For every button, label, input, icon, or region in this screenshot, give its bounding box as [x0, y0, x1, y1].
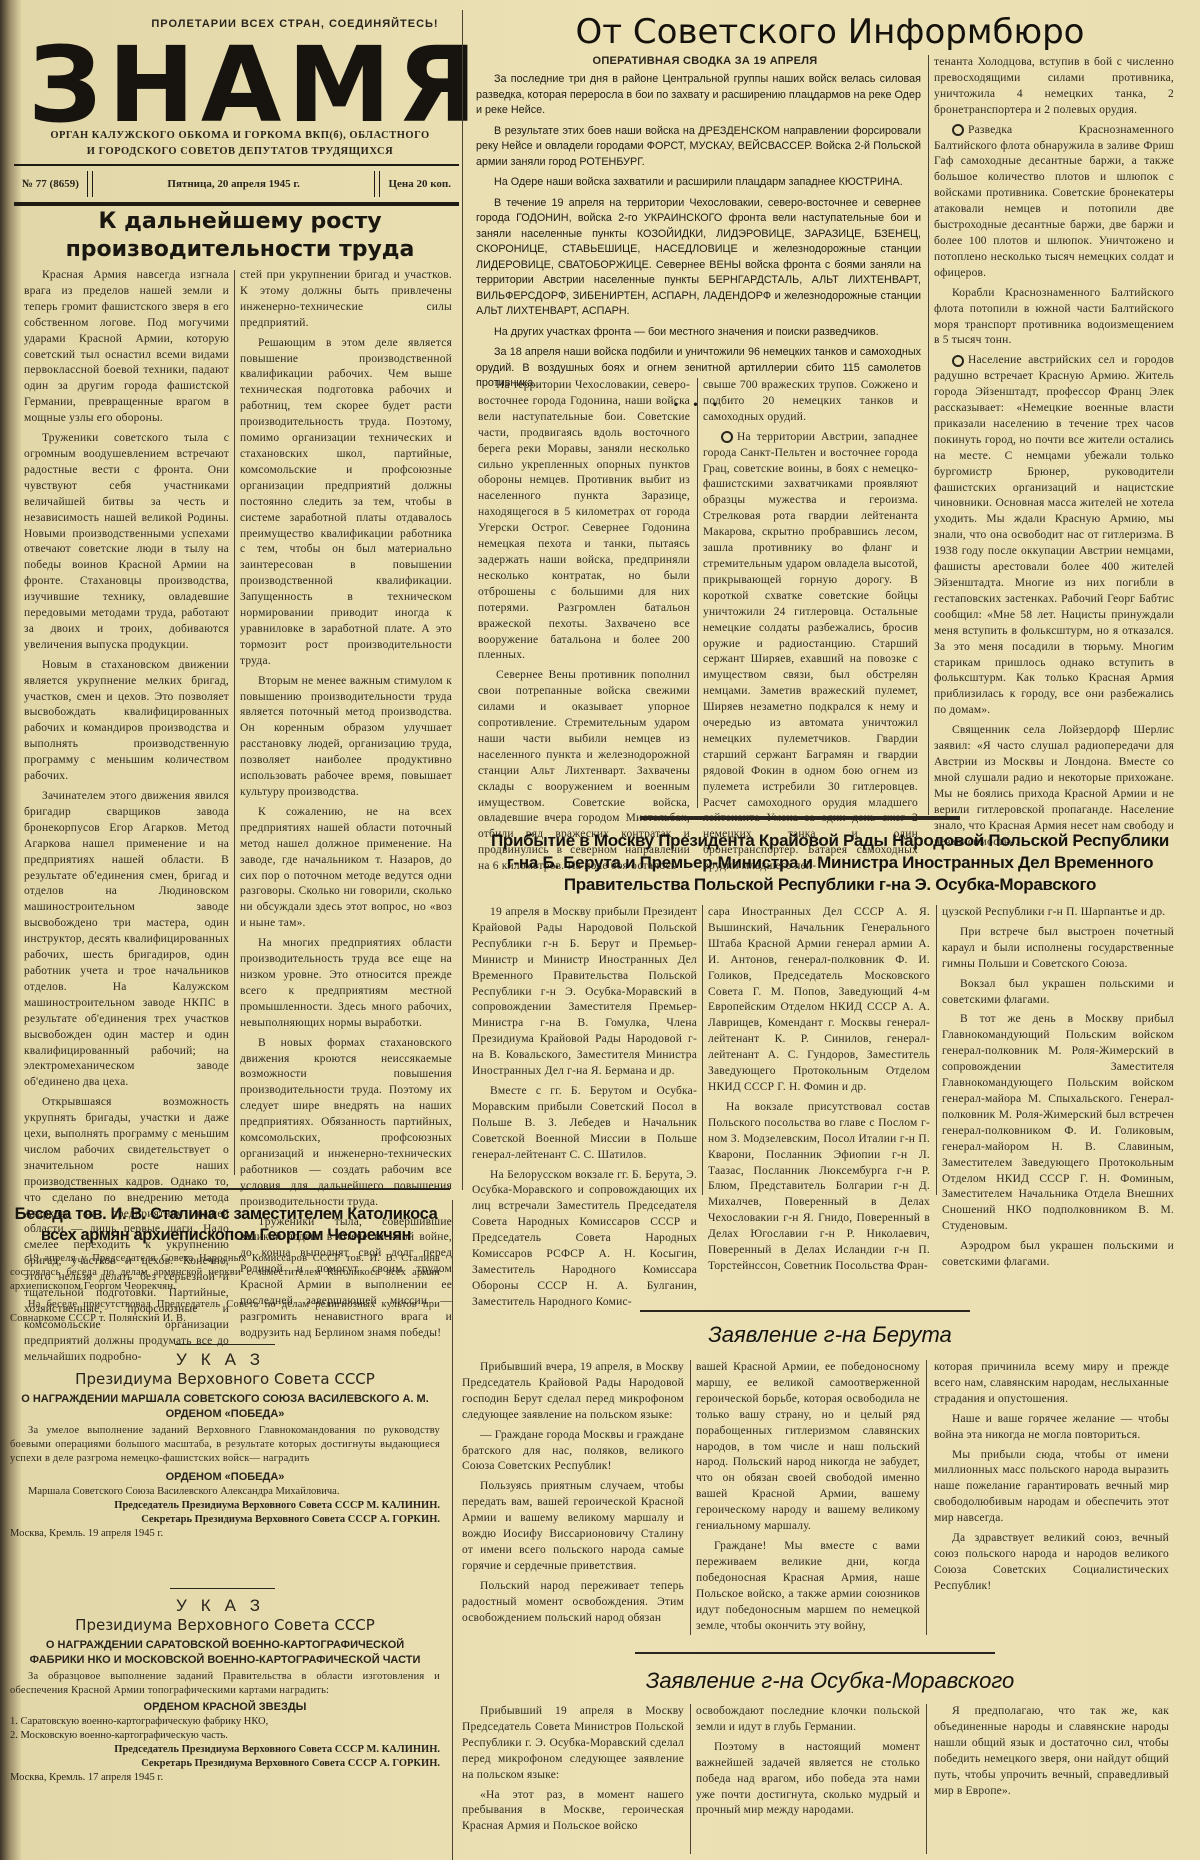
paragraph: Польский народ переживает теперь радостн… [462, 1579, 684, 1627]
paragraph-text: На территории Австрии, западнее города С… [703, 431, 918, 872]
paragraph: 19 апреля у Председателя Совета Народных… [10, 1252, 440, 1294]
paragraph: стей при укрупнении бригад и участков. К… [240, 268, 452, 332]
title-line: всех армян архиепископом Георгом Чеорекч… [6, 1225, 446, 1246]
paragraph: На многих предприятиях области производи… [240, 936, 452, 1031]
column-rule [697, 378, 698, 808]
paragraph: В новых формах стахановского движения кр… [240, 1036, 452, 1211]
paragraph: В тот же день в Москву прибыл Главнокома… [942, 1012, 1174, 1235]
paragraph: За последние три дня в районе Центрально… [476, 72, 921, 119]
column-rule [926, 1360, 927, 1635]
section-divider [175, 1344, 275, 1345]
paragraph: тенанта Холодцова, вступив в бой с числе… [934, 55, 1174, 119]
ukaz-subject: О НАГРАЖДЕНИИ МАРШАЛА СОВЕТСКОГО СОЮЗА В… [10, 1392, 440, 1407]
paragraph: Да здравствует великий союз, вечный союз… [934, 1531, 1169, 1595]
issue-date: Пятница, 20 апреля 1945 г. [93, 178, 375, 190]
paragraph: При встрече был выстроен почетный караул… [942, 925, 1174, 973]
paragraph: К сожалению, не на всех предприятиях наш… [240, 805, 452, 932]
paragraph: На вокзале присутствовал состав Польског… [708, 1100, 930, 1275]
paragraph: На беседе присутствовал Председатель Сов… [10, 1298, 440, 1326]
sovinform-col-1: На территории Чехословакии, северо-восто… [478, 378, 690, 879]
sovinform-col-3: тенанта Холодцова, вступив в бой с числе… [934, 55, 1174, 854]
ukaz-heading: УКАЗ [10, 1350, 440, 1370]
arrival-col-2: сара Иностранных Дел СССР А. Я. Вышински… [708, 905, 930, 1279]
issue-info-bar: № 77 (8659) Пятница, 20 апреля 1945 г. Ц… [14, 164, 459, 206]
paragraph: Зачинателем этого движения явился бригад… [24, 789, 229, 1091]
paragraph: освобождают последние клочки польской зе… [696, 1704, 920, 1736]
paragraph: На других участках фронта — бои местного… [476, 325, 921, 341]
paragraph: Прибывший 19 апреля в Москву Председател… [462, 1704, 684, 1784]
column-rule [690, 1360, 691, 1635]
paragraph: вашей Красной Армии, ее победоносному ма… [696, 1360, 920, 1535]
section-divider [40, 1188, 450, 1190]
title-line: Прибытие в Москву Президента Крайовой Ра… [470, 830, 1190, 852]
paragraph: На Белорусском вокзале гг. Б. Берута, Э.… [472, 1168, 697, 1311]
title-line: Правительства Польской Республики г-на Э… [470, 874, 1190, 896]
osubka-col-1: Прибывший 19 апреля в Москву Председател… [462, 1704, 684, 1839]
lead-article-col-2: стей при укрупнении бригад и участков. К… [240, 268, 452, 1346]
column-rule [234, 270, 235, 1175]
ukaz-item: 2. Московскую военно-картографическую ча… [10, 1729, 440, 1743]
newspaper-page: ПРОЛЕТАРИИ ВСЕХ СТРАН, СОЕДИНЯЙТЕСЬ! ЗНА… [0, 0, 1200, 1860]
paragraph: которая причинила всему миру и прежде вс… [934, 1360, 1169, 1408]
ukaz-text: За умелое выполнение заданий Верховного … [10, 1424, 440, 1466]
title-line: К дальнейшему росту [20, 208, 460, 236]
berut-col-1: Прибывший вчера, 19 апреля, в Москву Пре… [462, 1360, 684, 1631]
paragraph: Корабли Краснознаменного Балтийского фло… [934, 286, 1174, 350]
paragraph: Новым в стахановском движении является у… [24, 658, 229, 785]
arrival-title: Прибытие в Москву Президента Крайовой Ра… [470, 830, 1190, 896]
paragraph: «На этот раз, в момент нашего пребывания… [462, 1788, 684, 1836]
section-divider [170, 1588, 275, 1589]
paragraph: Аэродром был украшен польскими и советск… [942, 1239, 1174, 1271]
paragraph: Решающим в этом деле является повышение … [240, 336, 452, 670]
bullet-icon [721, 431, 733, 443]
paragraph: В течение 19 апреля на территории Чехосл… [476, 196, 921, 320]
sovinform-title: От Советского Информбюро [480, 10, 1180, 54]
sovinform-summary: За последние три дня в районе Центрально… [476, 72, 921, 412]
paragraph: — Граждане города Москвы и граждане брат… [462, 1428, 684, 1476]
column-rule [462, 10, 463, 1190]
paragraph: 19 апреля в Москву прибыли Президент Кра… [472, 905, 697, 1080]
arrival-col-3: цузской Республики г-н П. Шарпантье и др… [942, 905, 1174, 1275]
paragraph: сара Иностранных Дел СССР А. Я. Вышински… [708, 905, 930, 1096]
ukaz-date: Москва, Кремль. 19 апреля 1945 г. [10, 1527, 440, 1541]
section-divider [635, 1652, 995, 1654]
paragraph-text: Население австрийских сел и городов раду… [934, 354, 1174, 716]
paragraph: свыше 700 вражеских трупов. Сожжено и по… [703, 378, 918, 426]
berut-col-2: вашей Красной Армии, ее победоносному ма… [696, 1360, 920, 1638]
bullet-icon [952, 124, 964, 136]
title-line: г-на Б. Берута и Премьер-Министра и Мини… [470, 852, 1190, 874]
ukaz-signature: Председатель Президиума Верховного Совет… [10, 1499, 440, 1513]
ukaz-signature: Секретарь Президиума Верховного Совета С… [10, 1757, 440, 1771]
osubka-col-3: Я предполагаю, что так же, как объединен… [934, 1704, 1169, 1803]
paragraph: цузской Республики г-н П. Шарпантье и др… [942, 905, 1174, 921]
section-divider [640, 816, 960, 820]
issue-number: № 77 (8659) [14, 178, 87, 190]
ukaz-recipient: Маршала Советского Союза Василевского Ал… [10, 1485, 440, 1499]
stalin-article-body: 19 апреля у Председателя Совета Народных… [10, 1252, 440, 1330]
ukaz-issuer: Президиума Верховного Совета СССР [10, 1370, 440, 1388]
paragraph: Вокзал был украшен польскими и советским… [942, 977, 1174, 1009]
title-line: Беседа тов. И. В. Сталина с заместителем… [6, 1204, 446, 1225]
column-rule [702, 905, 703, 1195]
column-rule [452, 1200, 453, 1860]
ukaz-heading: УКАЗ [10, 1596, 440, 1616]
paragraph: Граждане! Мы вместе с вами переживаем ве… [696, 1539, 920, 1634]
organ-line-2: И ГОРОДСКОГО СОВЕТОВ ДЕПУТАТОВ ТРУДЯЩИХС… [40, 144, 440, 160]
issue-price: Цена 20 коп. [380, 178, 459, 190]
ukaz-2: УКАЗ Президиума Верховного Совета СССР О… [10, 1596, 440, 1785]
ukaz-1: УКАЗ Президиума Верховного Совета СССР О… [10, 1350, 440, 1541]
ukaz-signature: Секретарь Президиума Верховного Совета С… [10, 1513, 440, 1527]
paragraph: Прибывший вчера, 19 апреля, в Москву Пре… [462, 1360, 684, 1424]
paragraph: Поэтому в настоящий момент важнейшей зад… [696, 1740, 920, 1820]
paragraph-text: Разведка Краснознаменного Балтийского фл… [934, 124, 1174, 279]
sovinform-col-2: свыше 700 вражеских трупов. Сожжено и по… [703, 378, 918, 879]
column-rule [928, 55, 929, 815]
paragraph: Пользуясь приятным случаем, чтобы переда… [462, 1479, 684, 1574]
lead-article-title: К дальнейшему росту производительности т… [20, 208, 460, 264]
paragraph: Труженики советского тыла с огромным воо… [24, 431, 229, 654]
paragraph: На территории Чехословакии, северо-восто… [478, 378, 690, 664]
ukaz-subject: О НАГРАЖДЕНИИ САРАТОВСКОЙ ВОЕННО-КАРТОГР… [10, 1638, 440, 1653]
column-rule [936, 905, 937, 1195]
section-divider [640, 1310, 970, 1312]
paragraph: На Одере наши войска захватили и расшири… [476, 175, 921, 191]
paragraph: Мы прибыли сюда, чтобы от имени миллионн… [934, 1448, 1169, 1528]
stalin-article-title: Беседа тов. И. В. Сталина с заместителем… [6, 1204, 446, 1246]
ukaz-subject: ОРДЕНОМ «ПОБЕДА» [10, 1407, 440, 1422]
paragraph: В результате этих боев наши войска на ДР… [476, 124, 921, 171]
sovinform-subtitle: ОПЕРАТИВНАЯ СВОДКА ЗА 19 АПРЕЛЯ [490, 55, 920, 67]
ukaz-text: За образцовое выполнение заданий Правите… [10, 1670, 440, 1698]
paragraph: Наше и ваше горячее желание — чтобы войн… [934, 1412, 1169, 1444]
ukaz-item: 1. Саратовскую военно-картографическую ф… [10, 1715, 440, 1729]
masthead-organ: ОРГАН КАЛУЖСКОГО ОБКОМА И ГОРКОМА ВКП(б)… [40, 128, 440, 160]
osubka-col-2: освобождают последние клочки польской зе… [696, 1704, 920, 1823]
organ-line-1: ОРГАН КАЛУЖСКОГО ОБКОМА И ГОРКОМА ВКП(б)… [40, 128, 440, 144]
column-rule [926, 1704, 927, 1854]
paragraph: Вторым не менее важным стимулом к повыше… [240, 674, 452, 801]
title-line: производительности труда [20, 236, 460, 264]
bullet-icon [952, 355, 964, 367]
berut-statement-title: Заявление г-на Берута [470, 1322, 1190, 1348]
ukaz-issuer: Президиума Верховного Совета СССР [10, 1616, 440, 1634]
column-rule [690, 1704, 691, 1854]
paragraph: Красная Армия навсегда изгнала врага из … [24, 268, 229, 427]
newspaper-logo: ЗНАМЯ [28, 40, 483, 130]
osubka-statement-title: Заявление г-на Осубка-Моравского [470, 1668, 1190, 1694]
arrival-col-1: 19 апреля в Москву прибыли Президент Кра… [472, 905, 697, 1315]
paragraph: Вместе с гг. Б. Берутом и Осубка-Моравск… [472, 1084, 697, 1164]
ukaz-order: ОРДЕНОМ КРАСНОЙ ЗВЕЗДЫ [10, 1700, 440, 1715]
berut-col-3: которая причинила всему миру и прежде вс… [934, 1360, 1169, 1599]
ukaz-date: Москва, Кремль. 17 апреля 1945 г. [10, 1771, 440, 1785]
paragraph: Я предполагаю, что так же, как объединен… [934, 1704, 1169, 1799]
ukaz-signature: Председатель Президиума Верховного Совет… [10, 1743, 440, 1757]
ukaz-order: ОРДЕНОМ «ПОБЕДА» [10, 1470, 440, 1485]
ukaz-subject: ФАБРИКИ НКО И МОСКОВСКОЙ ВОЕННО-КАРТОГРА… [10, 1653, 440, 1668]
